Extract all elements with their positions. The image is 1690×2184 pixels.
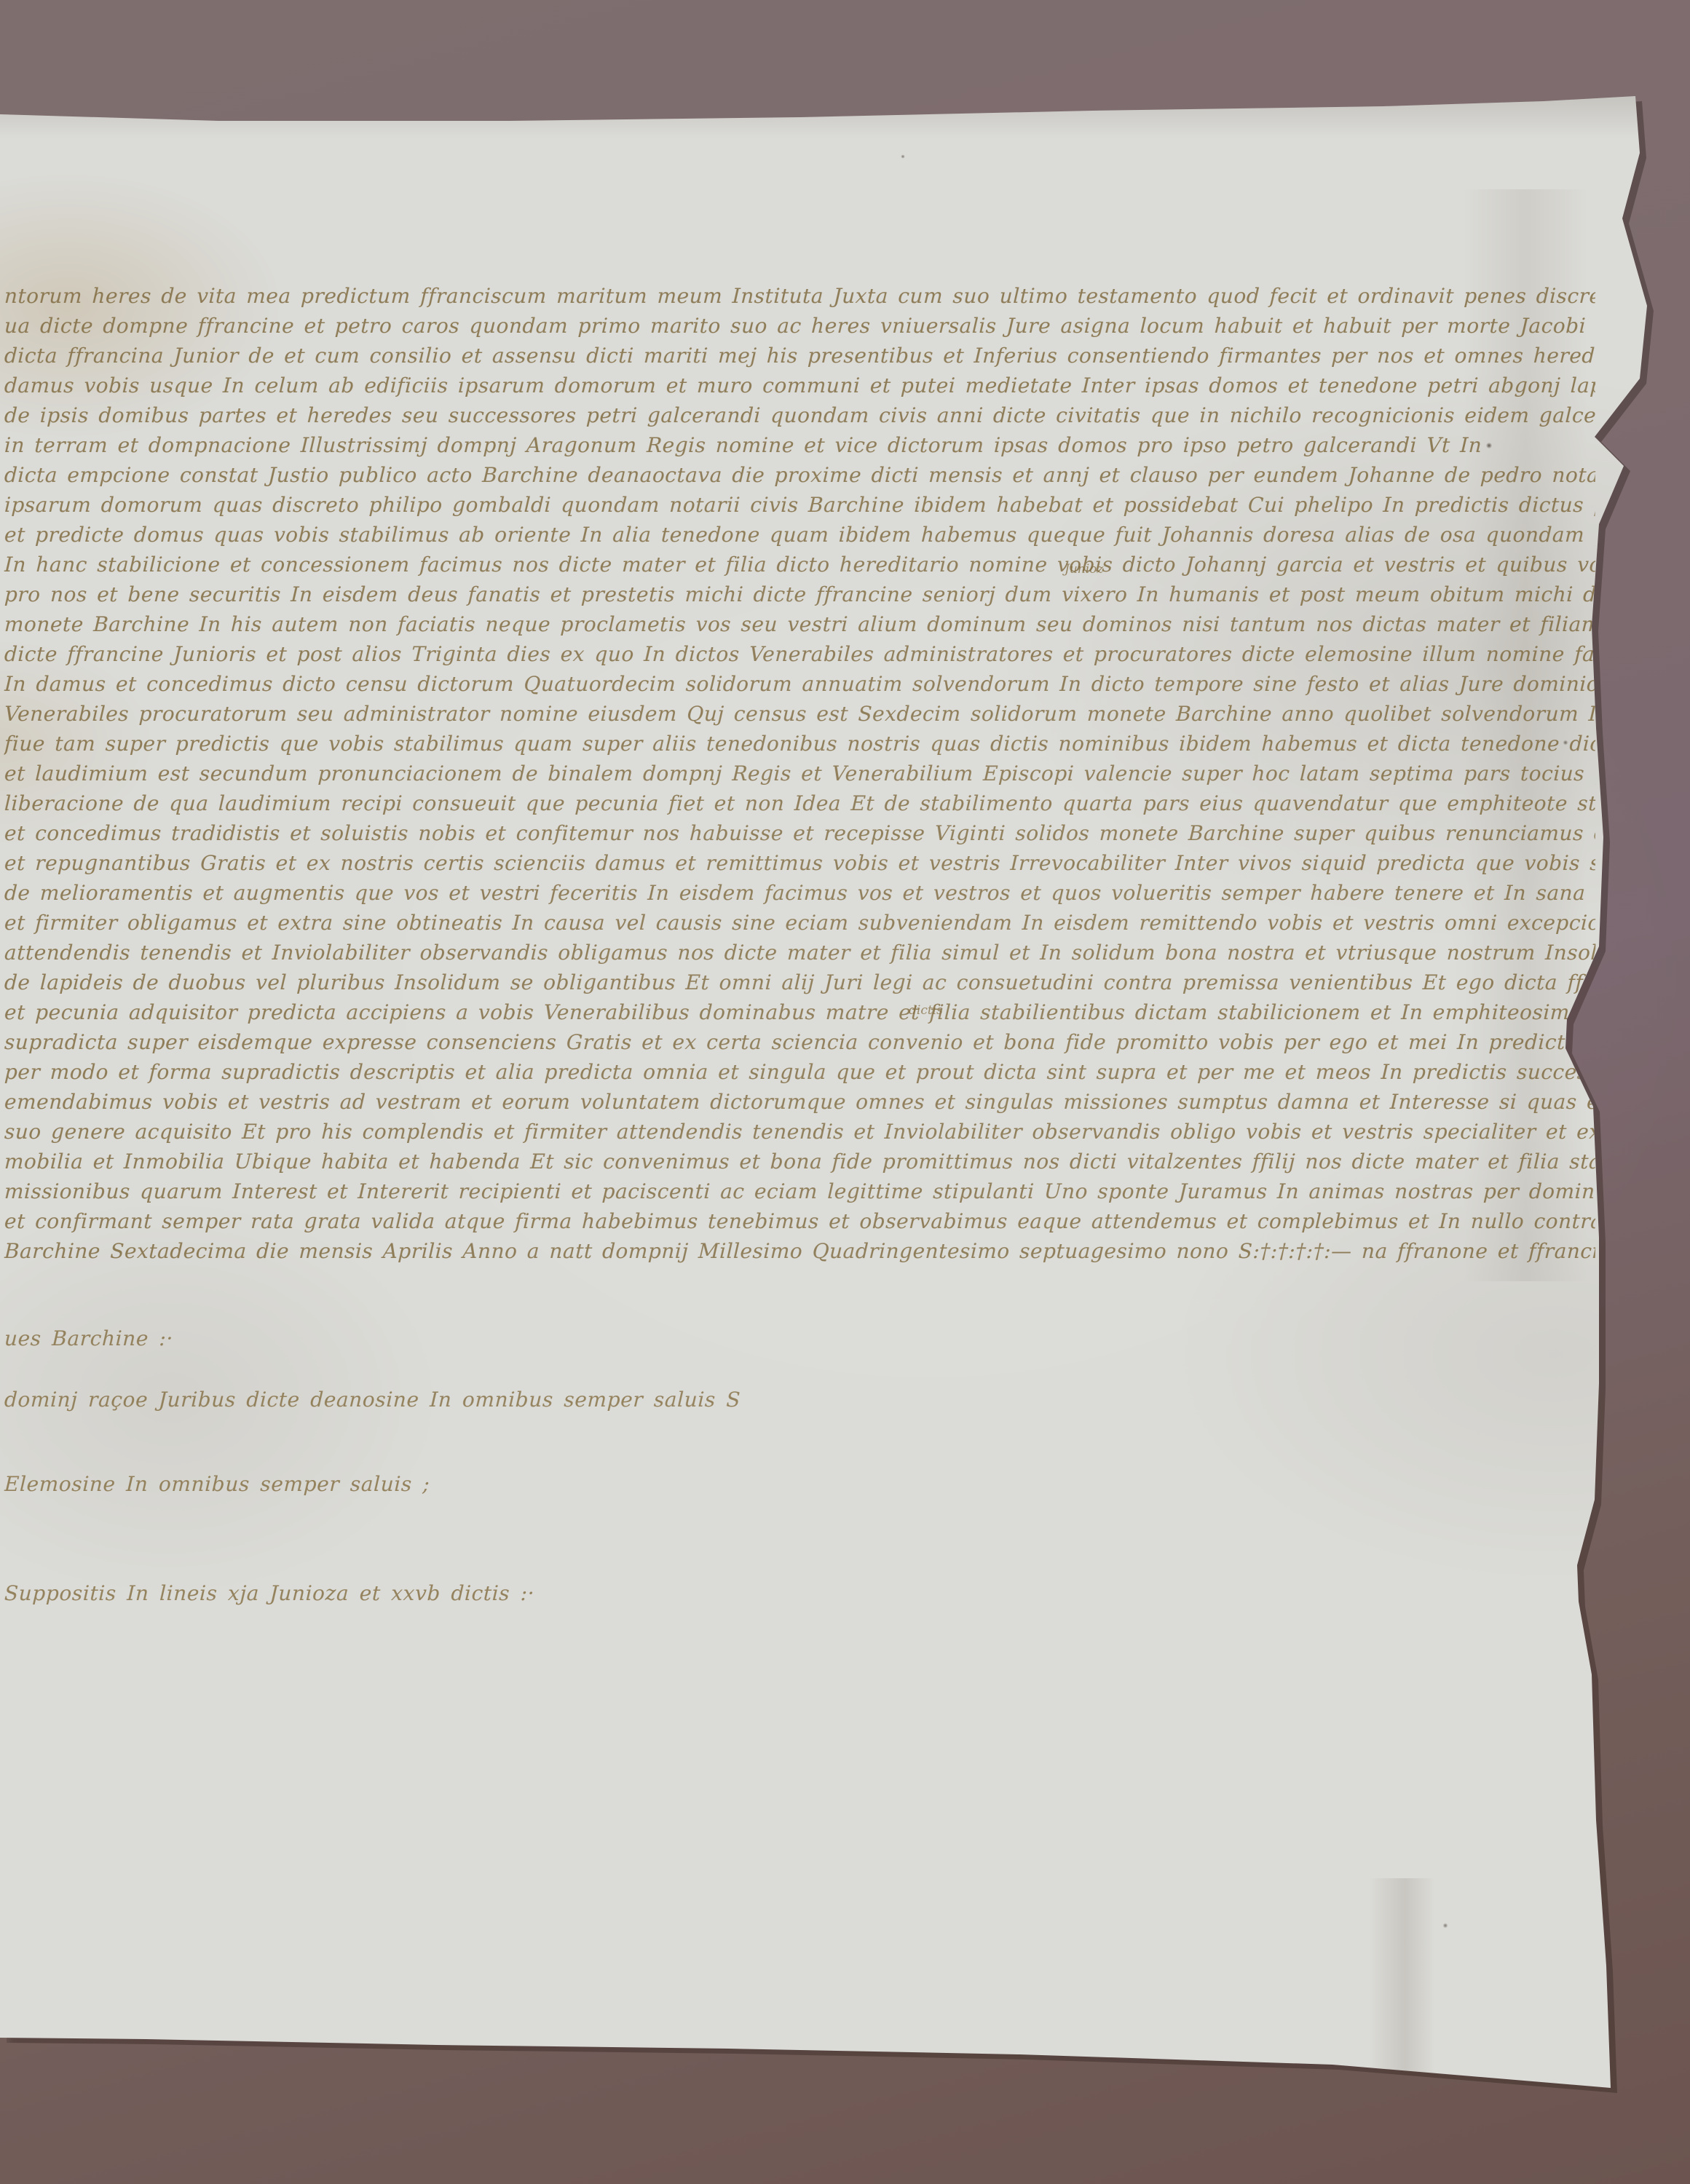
manuscript-line: dicta ffrancina Junior de et cum consili… — [4, 341, 1595, 371]
manuscript-line: mobilia et Inmobilia Ubique habita et ha… — [4, 1147, 1595, 1176]
manuscript-line: damus vobis usque In celum ab edificiis … — [4, 371, 1595, 400]
manuscript-line: Venerabiles procuratorum seu administrat… — [4, 699, 1595, 729]
manuscript-line: ntorum heres de vita mea predictum ffran… — [4, 281, 1595, 311]
parchment-sheet: ntorum heres de vita mea predictum ffran… — [0, 0, 1690, 2184]
manuscript-line: Barchine Sextadecima die mensis Aprilis … — [4, 1236, 1595, 1266]
manuscript-line: In hanc stabilicione et concessionem fac… — [4, 550, 1595, 579]
manuscript-line: In damus et concedimus dicto censu dicto… — [4, 669, 1595, 699]
manuscript-line: et concedimus tradidistis et soluistis n… — [4, 818, 1595, 848]
manuscript-line: liberacione de qua laudimium recipi cons… — [4, 788, 1595, 818]
docket-line: dominj raçoe Juribus dicte deanosine In … — [4, 1388, 741, 1412]
manuscript-line: de lapideis de duobus vel pluribus Insol… — [4, 968, 1595, 997]
manuscript-text-block: ntorum heres de vita mea predictum ffran… — [4, 281, 1595, 1266]
manuscript-line: de ipsis domibus partes et heredes seu s… — [4, 400, 1595, 430]
manuscript-line: et confirmant semper rata grata valida a… — [4, 1206, 1595, 1236]
manuscript-line: monete Barchine In his autem non faciati… — [4, 609, 1595, 639]
manuscript-line: et pecunia adquisitor predicta accipiens… — [4, 997, 1595, 1027]
manuscript-line: missionibus quarum Interest et Intererit… — [4, 1176, 1595, 1206]
manuscript-line: et repugnantibus Gratis et ex nostris ce… — [4, 848, 1595, 878]
docket-line: Elemosine In omnibus semper saluis ; — [4, 1472, 430, 1496]
interlinear-note: Junioz — [1065, 562, 1103, 577]
manuscript-line: in terram et dompnacione Illustrissimj d… — [4, 430, 1595, 460]
manuscript-line: fiue tam super predictis que vobis stabi… — [4, 729, 1595, 759]
manuscript-line: de melioramentis et augmentis que vos et… — [4, 878, 1595, 908]
interlinear-note: dictis — [909, 1003, 943, 1018]
manuscript-line: ua dicte dompne ffrancine et petro caros… — [4, 311, 1595, 341]
framed-manuscript-photo: ntorum heres de vita mea predictum ffran… — [0, 0, 1690, 2184]
docket-line: ues Barchine :· — [4, 1326, 173, 1350]
manuscript-line: suo genere acquisito Et pro his complend… — [4, 1117, 1595, 1147]
manuscript-line: per modo et forma supradictis descriptis… — [4, 1057, 1595, 1087]
manuscript-line: et laudimium est secundum pronunciacione… — [4, 759, 1595, 788]
manuscript-line: et predicte domus quas vobis stabilimus … — [4, 520, 1595, 550]
manuscript-line: dicta empcione constat Justio publico ac… — [4, 460, 1595, 490]
docket-line: Suppositis In lineis xja Junioza et xxvb… — [4, 1581, 534, 1605]
manuscript-line: supradicta super eisdemque expresse cons… — [4, 1027, 1595, 1057]
manuscript-line: ipsarum domorum quas discreto philipo go… — [4, 490, 1595, 520]
manuscript-line: emendabimus vobis et vestris ad vestram … — [4, 1087, 1595, 1117]
manuscript-line: et firmiter obligamus et extra sine obti… — [4, 908, 1595, 938]
manuscript-line: pro nos et bene securitis In eisdem deus… — [4, 579, 1595, 609]
manuscript-line: dicte ffrancine Junioris et post alios T… — [4, 639, 1595, 669]
manuscript-line: attendendis tenendis et Inviolabiliter o… — [4, 938, 1595, 968]
